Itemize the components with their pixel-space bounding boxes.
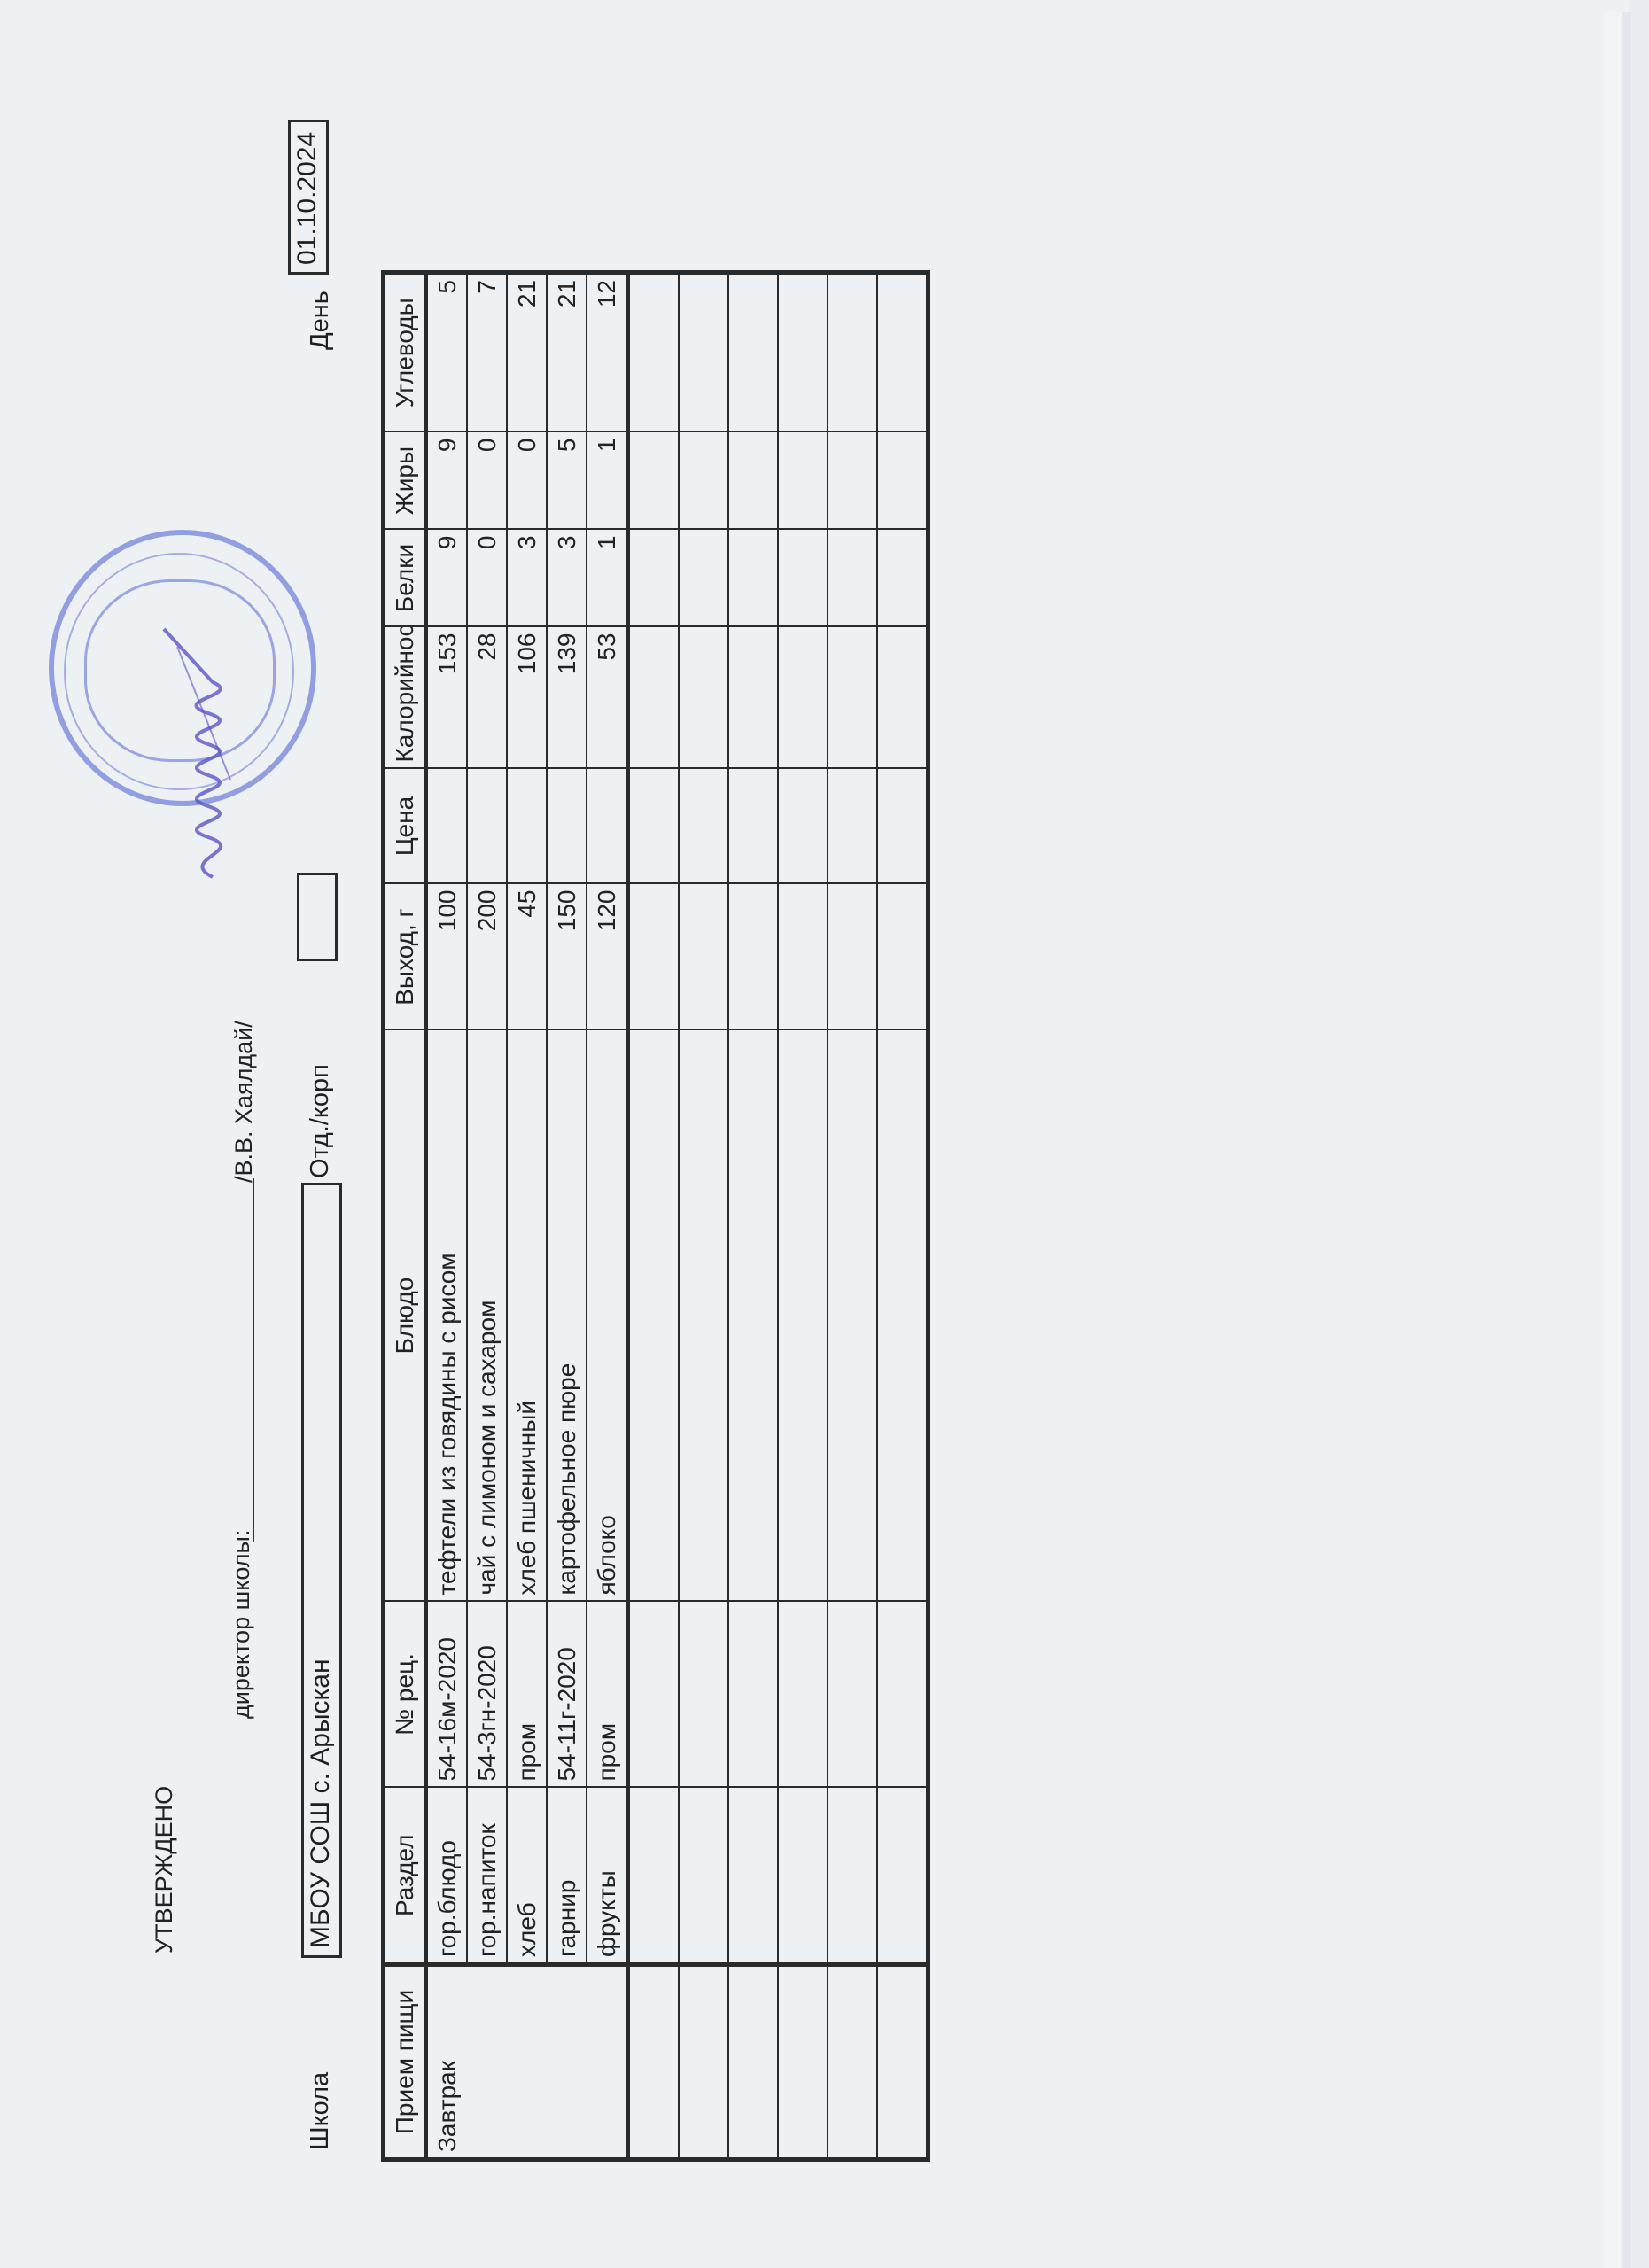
empty-cell xyxy=(679,884,728,1030)
empty-cell xyxy=(778,530,828,627)
rotated-document: УТВЕРЖДЕНО директор школы: /В.В. Хаялдай… xyxy=(0,0,1649,2268)
empty-cell xyxy=(778,1965,828,2160)
price-cell xyxy=(467,769,507,884)
yield-cell: 200 xyxy=(467,884,507,1030)
column-header: Углеводы xyxy=(384,273,426,432)
empty-cell xyxy=(628,627,680,769)
empty-cell xyxy=(877,1965,929,2160)
column-header: Прием пищи xyxy=(384,1965,426,2160)
carbs-cell: 5 xyxy=(426,273,468,432)
empty-cell xyxy=(877,273,929,432)
dish-cell: тефтели из говядины с рисом xyxy=(426,1030,468,1602)
empty-cell xyxy=(628,884,680,1030)
kcal-cell: 53 xyxy=(587,627,628,769)
dish-cell: яблоко xyxy=(587,1030,628,1602)
dish-cell: хлеб пшеничный xyxy=(507,1030,547,1602)
section-cell: гор.напиток xyxy=(467,1788,507,1965)
empty-cell xyxy=(778,1030,828,1602)
empty-cell xyxy=(728,1965,778,2160)
empty-cell xyxy=(778,769,828,884)
empty-cell xyxy=(679,1602,728,1788)
empty-cell xyxy=(628,1965,680,2160)
kcal-cell: 139 xyxy=(547,627,587,769)
yield-cell: 100 xyxy=(426,884,468,1030)
carbs-cell: 21 xyxy=(507,273,547,432)
empty-cell xyxy=(679,1030,728,1602)
school-field[interactable]: МБОУ СОШ с. Арыскан xyxy=(301,1183,342,1958)
empty-cell xyxy=(877,884,929,1030)
protein-cell: 9 xyxy=(426,530,468,627)
department-label: Отд./корп xyxy=(306,1064,335,1178)
empty-cell xyxy=(877,432,929,530)
recipe-cell: 54-16м-2020 xyxy=(426,1602,468,1788)
empty-cell xyxy=(877,1030,929,1602)
price-cell xyxy=(426,769,468,884)
carbs-cell: 21 xyxy=(547,273,587,432)
recipe-cell: пром xyxy=(587,1602,628,1788)
empty-cell xyxy=(828,627,877,769)
empty-table-row xyxy=(877,273,929,2160)
fat-cell: 1 xyxy=(587,432,628,530)
empty-cell xyxy=(728,627,778,769)
meal-cell: Завтрак xyxy=(426,1965,628,2160)
empty-cell xyxy=(828,432,877,530)
price-cell xyxy=(507,769,547,884)
protein-cell: 3 xyxy=(507,530,547,627)
empty-cell xyxy=(628,530,680,627)
column-header: Выход, г xyxy=(384,884,426,1030)
empty-table-row xyxy=(628,273,680,2160)
recipe-cell: 54-11г-2020 xyxy=(547,1602,587,1788)
empty-cell xyxy=(679,432,728,530)
empty-cell xyxy=(828,769,877,884)
director-label: директор школы: xyxy=(228,1530,255,1719)
empty-cell xyxy=(679,769,728,884)
table-row: гор.напиток54-3гн-2020чай с лимоном и са… xyxy=(467,273,507,2160)
column-header: Калорийность xyxy=(384,627,426,769)
empty-cell xyxy=(778,627,828,769)
column-header: Белки xyxy=(384,530,426,627)
kcal-cell: 28 xyxy=(467,627,507,769)
empty-cell xyxy=(728,432,778,530)
table-header-row: Прием пищи Раздел № рец. Блюдо Выход, г … xyxy=(384,273,426,2160)
column-header: Цена xyxy=(384,769,426,884)
empty-cell xyxy=(628,769,680,884)
kcal-cell: 106 xyxy=(507,627,547,769)
signature-line xyxy=(253,1178,254,1542)
empty-cell xyxy=(828,273,877,432)
empty-cell xyxy=(778,1788,828,1965)
kcal-cell: 153 xyxy=(426,627,468,769)
carbs-cell: 12 xyxy=(587,273,628,432)
empty-cell xyxy=(877,627,929,769)
empty-cell xyxy=(828,1965,877,2160)
empty-cell xyxy=(628,1602,680,1788)
empty-cell xyxy=(628,432,680,530)
price-cell xyxy=(547,769,587,884)
empty-cell xyxy=(877,1602,929,1788)
section-cell: гор.блюдо xyxy=(426,1788,468,1965)
fat-cell: 0 xyxy=(507,432,547,530)
fat-cell: 9 xyxy=(426,432,468,530)
empty-cell xyxy=(679,1965,728,2160)
table-row: гарнир54-11г-2020картофельное пюре150139… xyxy=(547,273,587,2160)
empty-cell xyxy=(828,1602,877,1788)
yield-cell: 120 xyxy=(587,884,628,1030)
empty-cell xyxy=(679,273,728,432)
table-row: Завтракгор.блюдо54-16м-2020тефтели из го… xyxy=(426,273,468,2160)
empty-cell xyxy=(728,769,778,884)
recipe-cell: 54-3гн-2020 xyxy=(467,1602,507,1788)
empty-cell xyxy=(679,1788,728,1965)
empty-cell xyxy=(828,530,877,627)
empty-cell xyxy=(828,884,877,1030)
empty-table-row xyxy=(828,273,877,2160)
empty-cell xyxy=(877,769,929,884)
department-field[interactable] xyxy=(297,873,338,961)
approved-label: УТВЕРЖДЕНО xyxy=(151,1786,178,1953)
dish-cell: чай с лимоном и сахаром xyxy=(467,1030,507,1602)
empty-cell xyxy=(679,627,728,769)
empty-cell xyxy=(728,273,778,432)
column-header: Жиры xyxy=(384,432,426,530)
day-label: День xyxy=(306,291,335,350)
empty-cell xyxy=(728,1602,778,1788)
school-label: Школа xyxy=(306,2072,335,2150)
empty-cell xyxy=(679,530,728,627)
empty-cell xyxy=(877,530,929,627)
empty-cell xyxy=(778,884,828,1030)
recipe-cell: пром xyxy=(507,1602,547,1788)
section-cell: хлеб xyxy=(507,1788,547,1965)
protein-cell: 3 xyxy=(547,530,587,627)
empty-cell xyxy=(728,1788,778,1965)
empty-cell xyxy=(728,530,778,627)
column-header: Блюдо xyxy=(384,1030,426,1602)
yield-cell: 150 xyxy=(547,884,587,1030)
day-field[interactable]: 01.10.2024 xyxy=(288,120,329,275)
protein-cell: 1 xyxy=(587,530,628,627)
column-header: № рец. xyxy=(384,1602,426,1788)
empty-cell xyxy=(728,884,778,1030)
section-cell: фрукты xyxy=(587,1788,628,1965)
director-name: /В.В. Хаялдай/ xyxy=(230,1021,258,1183)
empty-cell xyxy=(778,1602,828,1788)
empty-table-row xyxy=(679,273,728,2160)
fat-cell: 5 xyxy=(547,432,587,530)
empty-cell xyxy=(628,1030,680,1602)
column-header: Раздел xyxy=(384,1788,426,1965)
empty-cell xyxy=(778,432,828,530)
menu-table: Прием пищи Раздел № рец. Блюдо Выход, г … xyxy=(381,270,930,2162)
empty-cell xyxy=(828,1788,877,1965)
carbs-cell: 7 xyxy=(467,273,507,432)
yield-cell: 45 xyxy=(507,884,547,1030)
table-row: хлебпромхлеб пшеничный451063021 xyxy=(507,273,547,2160)
empty-cell xyxy=(628,273,680,432)
fat-cell: 0 xyxy=(467,432,507,530)
section-cell: гарнир xyxy=(547,1788,587,1965)
signature-icon xyxy=(159,620,284,886)
empty-cell xyxy=(828,1030,877,1602)
empty-cell xyxy=(877,1788,929,1965)
empty-cell xyxy=(628,1788,680,1965)
protein-cell: 0 xyxy=(467,530,507,627)
dish-cell: картофельное пюре xyxy=(547,1030,587,1602)
empty-table-row xyxy=(728,273,778,2160)
table-row: фруктыпромяблоко120531112 xyxy=(587,273,628,2160)
price-cell xyxy=(587,769,628,884)
empty-table-row xyxy=(778,273,828,2160)
empty-cell xyxy=(728,1030,778,1602)
empty-cell xyxy=(778,273,828,432)
